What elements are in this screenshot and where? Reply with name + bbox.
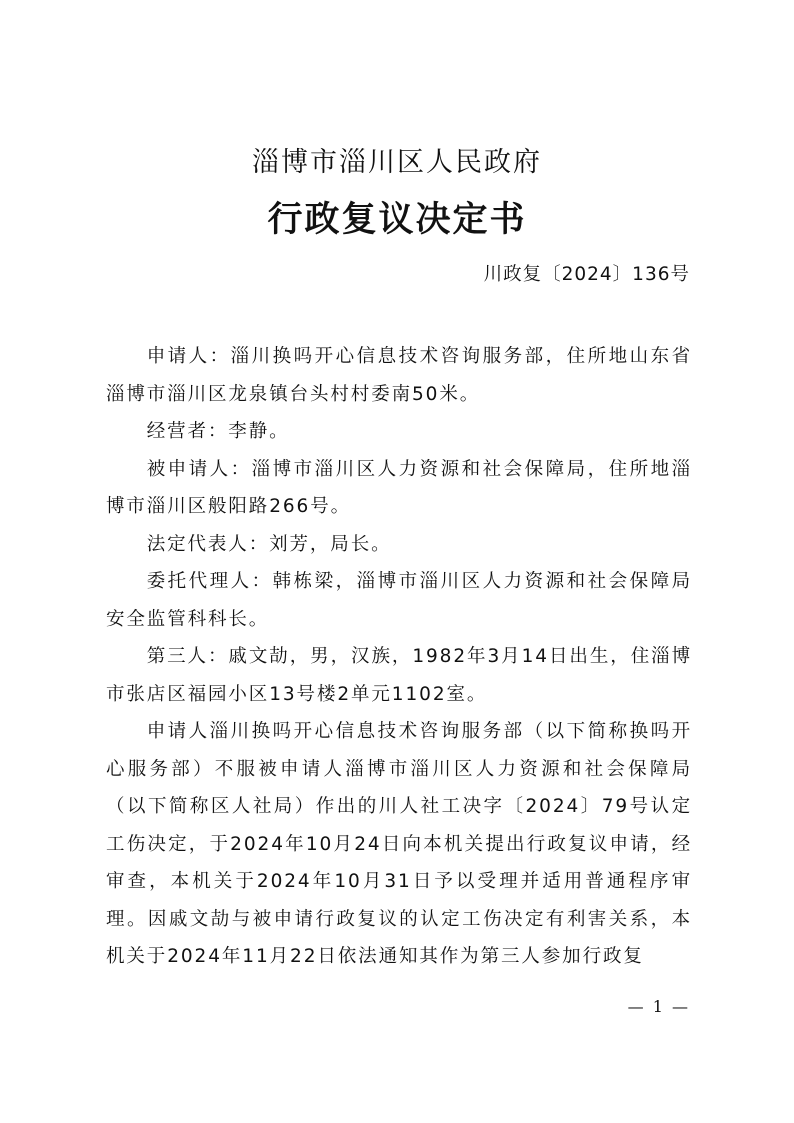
- authorized-agent-paragraph: 委托代理人：韩栋梁，淄博市淄川区人力资源和社会保障局安全监管科科长。: [106, 563, 692, 638]
- document-title: 行政复议决定书: [0, 192, 794, 242]
- third-party-paragraph: 第三人：戚文劼，男，汉族，1982年3月14日出生，住淄博市张店区福园小区13号…: [106, 638, 692, 713]
- document-number: 川政复〔2024〕136号: [484, 260, 690, 286]
- operator-paragraph: 经营者：李静。: [106, 413, 692, 451]
- document-body: 申请人：淄川换吗开心信息技术咨询服务部，住所地山东省淄博市淄川区龙泉镇台头村村委…: [106, 338, 692, 976]
- issuing-authority: 淄博市淄川区人民政府: [0, 140, 794, 179]
- applicant-paragraph: 申请人：淄川换吗开心信息技术咨询服务部，住所地山东省淄博市淄川区龙泉镇台头村村委…: [106, 338, 692, 413]
- respondent-paragraph: 被申请人：淄博市淄川区人力资源和社会保障局，住所地淄博市淄川区般阳路266号。: [106, 451, 692, 526]
- legal-representative-paragraph: 法定代表人：刘芳，局长。: [106, 526, 692, 564]
- page-number: — 1 —: [628, 997, 690, 1016]
- document-page: 淄博市淄川区人民政府 行政复议决定书 川政复〔2024〕136号 申请人：淄川换…: [0, 0, 794, 1123]
- case-background-paragraph: 申请人淄川换吗开心信息技术咨询服务部（以下简称换吗开心服务部）不服被申请人淄博市…: [106, 713, 692, 976]
